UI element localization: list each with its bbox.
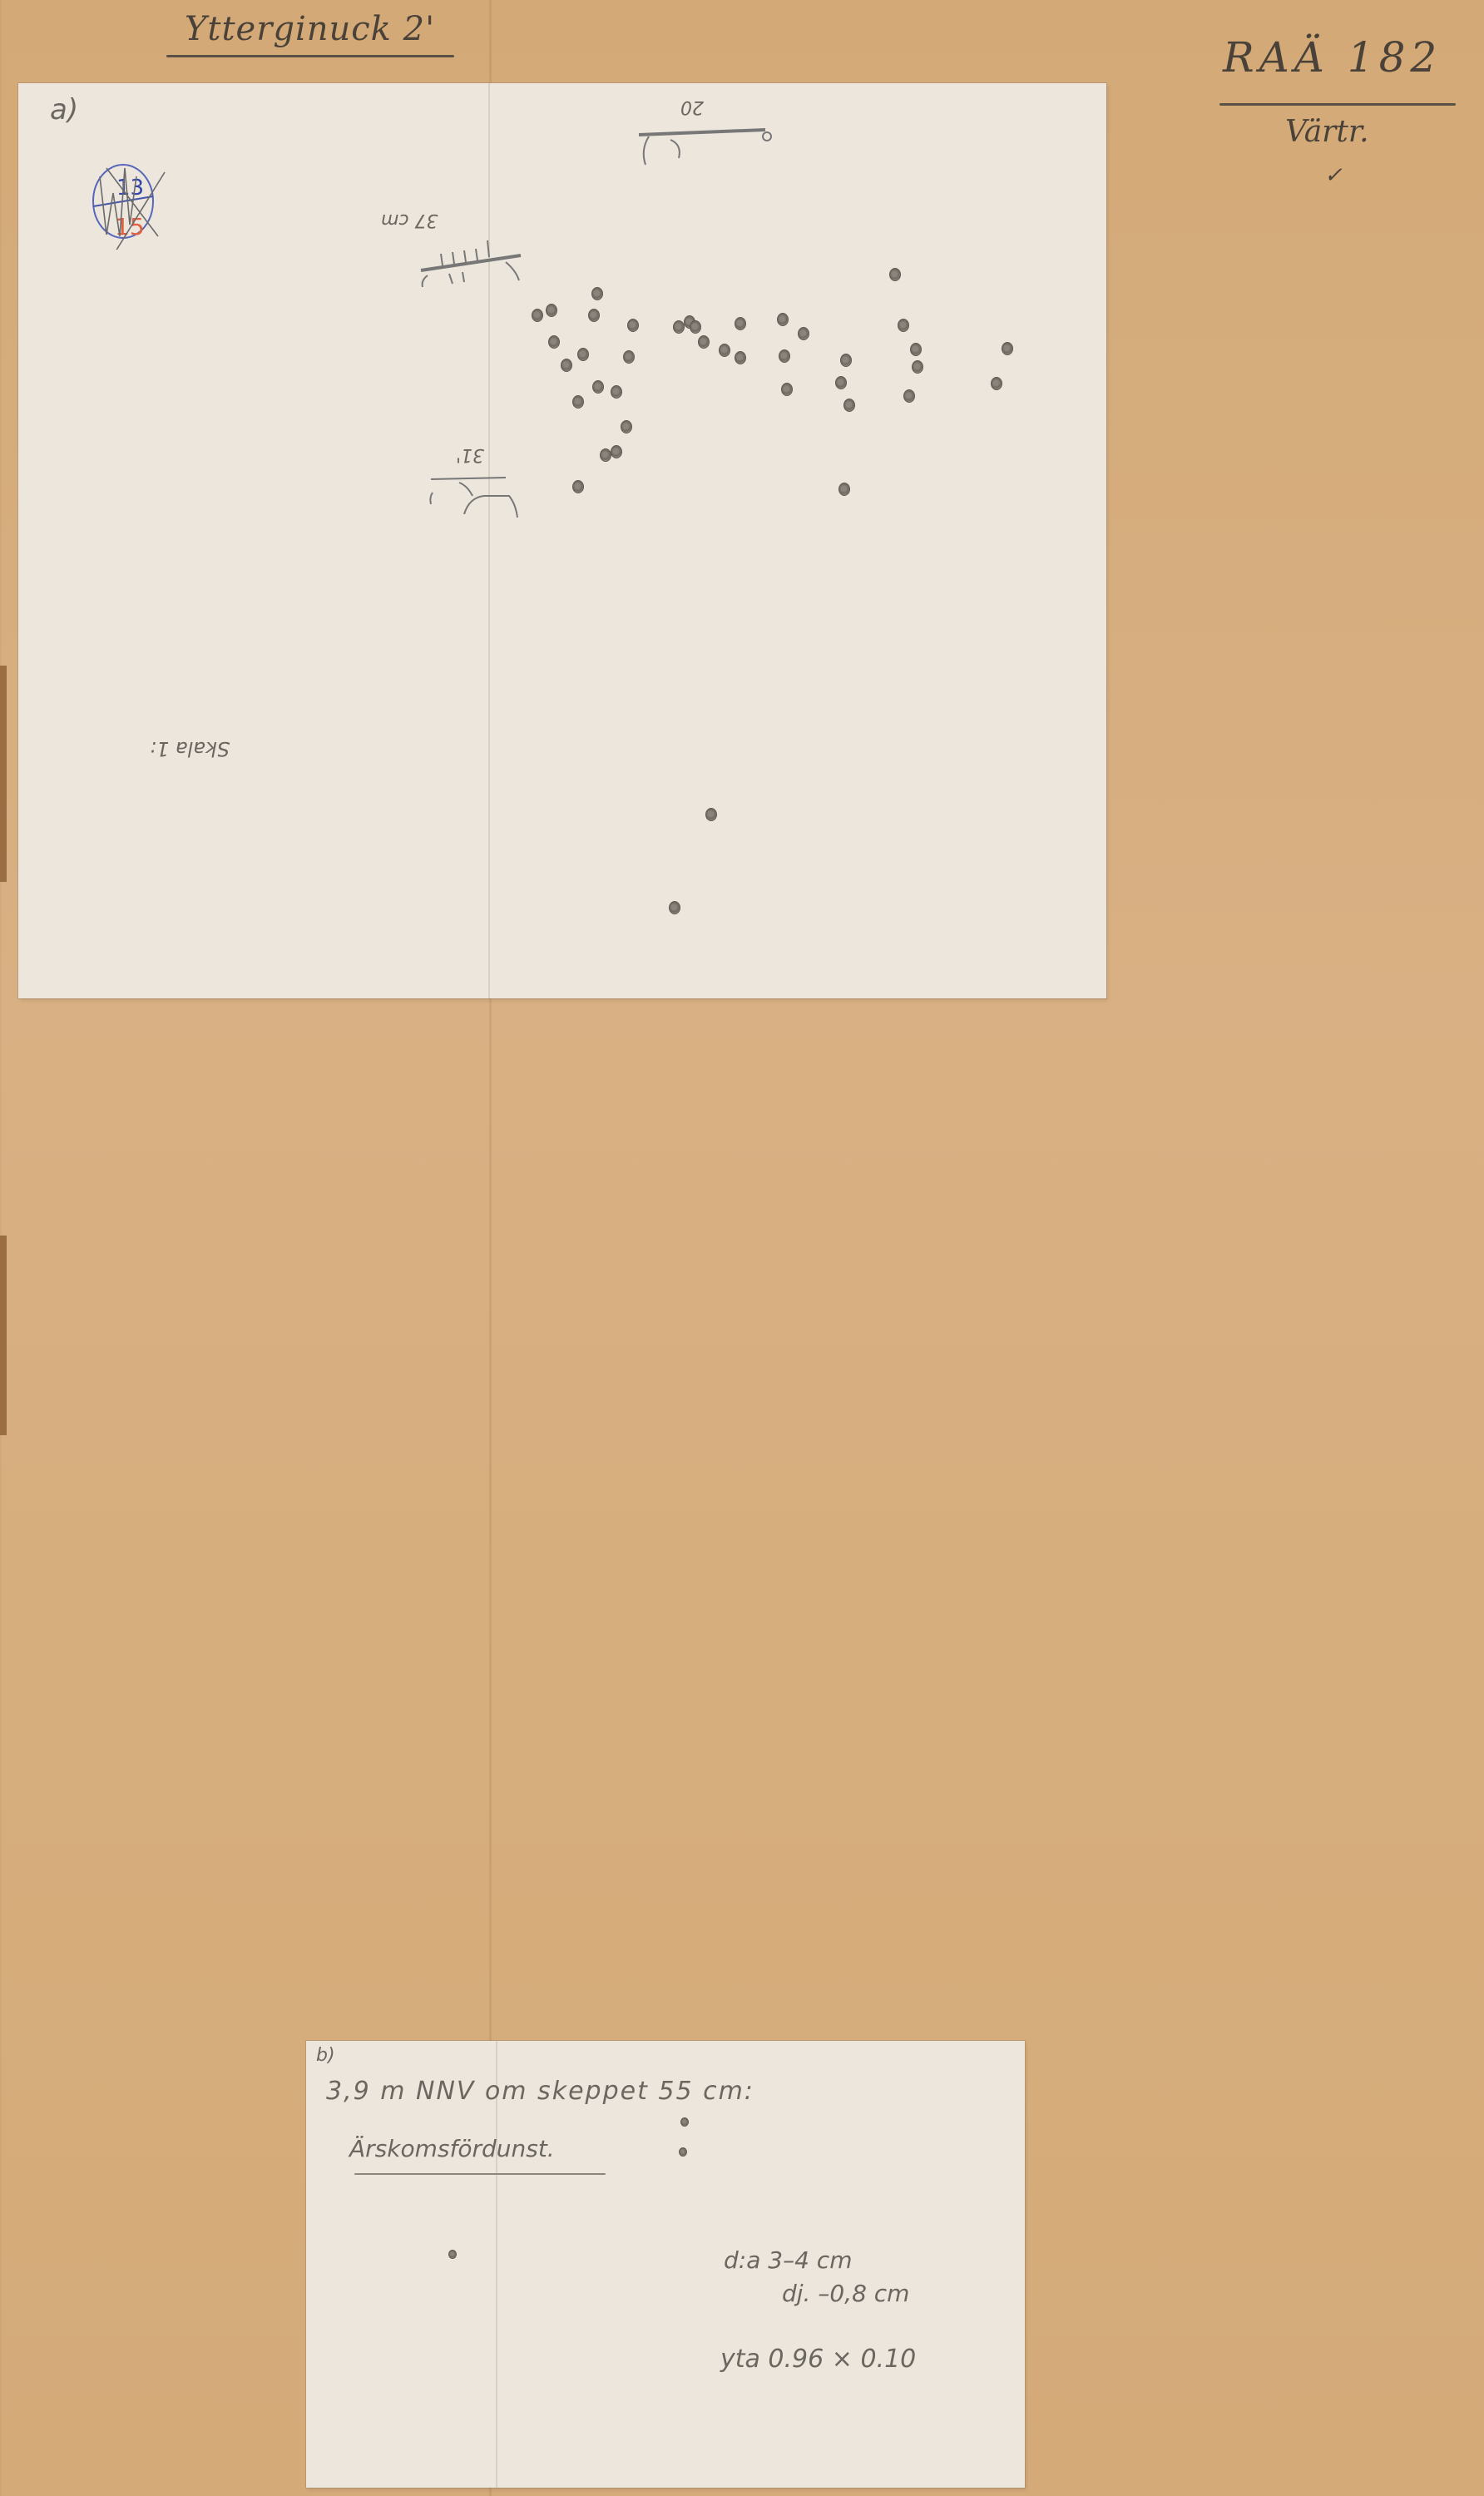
stone-dot-icon xyxy=(623,350,635,364)
stone-dot-icon xyxy=(611,445,622,458)
stone-dot-icon xyxy=(719,344,730,357)
stone-dot-icon xyxy=(903,389,915,403)
stone-dot-icon xyxy=(588,309,600,322)
stone-dot-icon xyxy=(889,268,901,281)
area-note: yta 0.96 × 0.10 xyxy=(720,2345,916,2374)
stone-dot-icon xyxy=(532,309,543,322)
label-stem-20: 20 xyxy=(680,97,704,117)
stone-dot-icon xyxy=(698,335,710,349)
stone-dot-icon xyxy=(735,351,746,364)
stone-dot-icon xyxy=(577,348,589,361)
stone-dot-icon xyxy=(991,377,1002,390)
stone-dot-icon xyxy=(572,395,584,409)
stone-dot-icon xyxy=(621,420,632,433)
scale-note: Skala 1: xyxy=(150,737,230,760)
stone-dot-icon xyxy=(735,317,746,330)
stone-dot-icon xyxy=(611,385,622,399)
stone-dot-icon xyxy=(627,319,639,332)
stone-dot-icon xyxy=(679,2147,687,2157)
find-type: Ärskomsfördunst. xyxy=(349,2135,555,2162)
stone-dot-icon xyxy=(781,383,793,396)
stone-dot-icon xyxy=(572,480,584,493)
stone-dot-icon xyxy=(591,287,603,300)
stone-dot-icon xyxy=(669,901,680,914)
stone-dot-icon xyxy=(592,380,604,394)
label-37cm: 37 cm xyxy=(381,210,438,230)
stone-dot-icon xyxy=(838,483,850,496)
stamp-blue-number: 13 xyxy=(116,176,144,201)
paper-fold-line xyxy=(488,83,490,998)
stone-dot-icon xyxy=(705,808,717,821)
sheet-a-label: a) xyxy=(50,93,78,126)
sketch-sheet-a xyxy=(18,83,1106,998)
stone-dot-icon xyxy=(840,354,852,367)
note-sheet-b xyxy=(306,2041,1025,2488)
label-31: 31' xyxy=(456,444,484,465)
stone-dot-icon xyxy=(680,2117,689,2127)
sheet-b-label: b) xyxy=(316,2045,335,2066)
stone-dot-icon xyxy=(546,304,557,317)
crossed-stamp-icon: 13 15 xyxy=(82,143,171,250)
stem-sketch-icon xyxy=(632,116,782,166)
stone-dot-icon xyxy=(910,343,922,356)
stone-dot-icon xyxy=(690,320,701,334)
raa-underline xyxy=(1219,103,1456,106)
stone-dot-icon xyxy=(600,448,611,462)
stone-dot-icon xyxy=(779,349,790,363)
check-mark-icon: ✓ xyxy=(1324,163,1343,188)
site-name-heading: Ytterginuck 2' xyxy=(185,10,435,48)
position-note: 3,9 m NNV om skeppet 55 cm: xyxy=(326,2077,754,2106)
parish-name: Värtr. xyxy=(1285,115,1369,149)
depth-note: dj. –0,8 cm xyxy=(782,2280,909,2307)
stone-dot-icon xyxy=(898,319,909,332)
stone-dot-icon xyxy=(548,335,560,349)
stone-dot-icon xyxy=(798,327,809,340)
paper-fold-line xyxy=(496,2041,497,2488)
site-name-underline xyxy=(166,55,454,57)
stone-dot-icon xyxy=(777,313,789,326)
stone-dot-icon xyxy=(448,2250,457,2259)
stone-dot-icon xyxy=(1002,342,1013,355)
stone-dot-icon xyxy=(912,360,923,374)
stone-dot-icon xyxy=(843,399,855,412)
keel-sketch-icon xyxy=(416,237,524,287)
stone-dot-icon xyxy=(561,359,572,372)
stone-dot-icon xyxy=(835,376,847,389)
diameter-note: d:a 3–4 cm xyxy=(724,2246,852,2274)
find-type-underline xyxy=(354,2173,606,2175)
rib-sketch-icon xyxy=(426,474,526,524)
board-edge-strip xyxy=(0,666,7,882)
stone-dot-icon xyxy=(673,320,685,334)
raa-number: RAÄ 182 xyxy=(1223,33,1442,82)
board-edge-strip xyxy=(0,1236,7,1435)
